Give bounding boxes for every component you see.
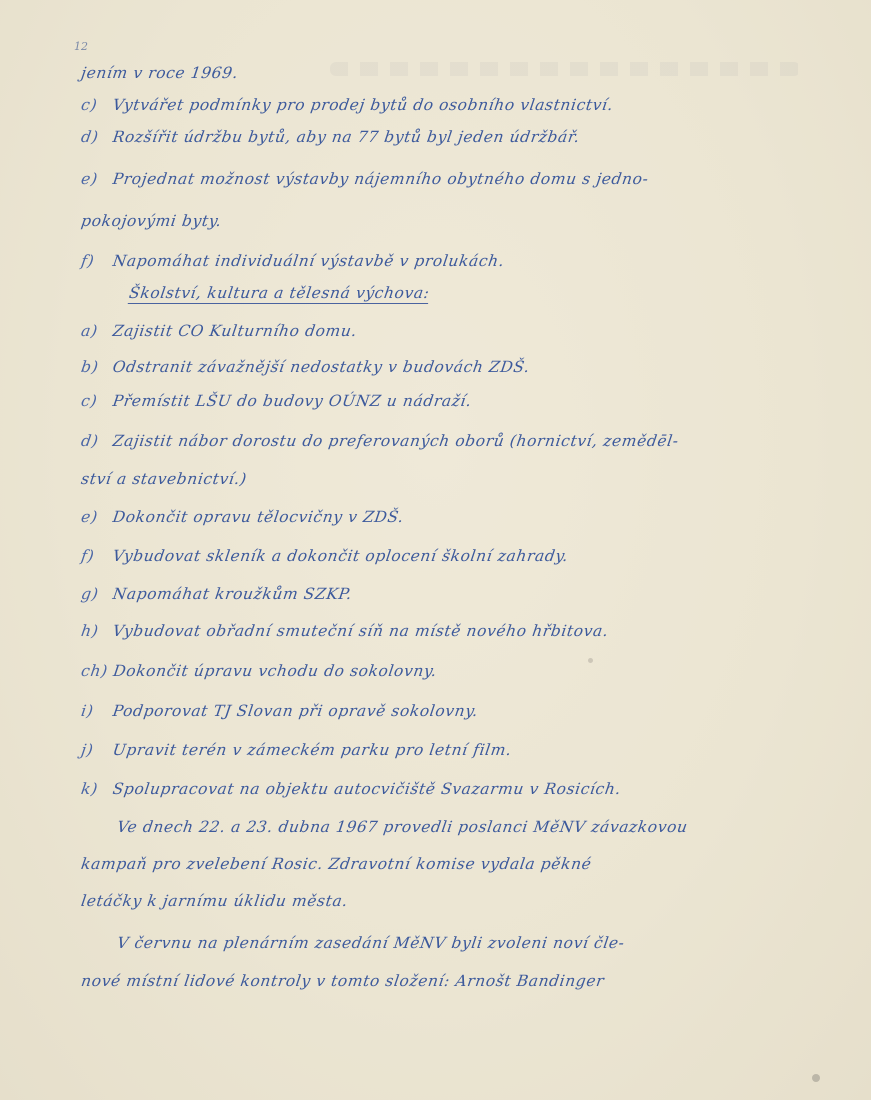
- list-item-a: a) Zajistit CO Kulturního domu.: [80, 322, 358, 340]
- list-item-e: e) Projednat možnost výstavby nájemního …: [80, 170, 650, 188]
- list-item-f: f) Napomáhat individuální výstavbě v pro…: [80, 252, 506, 270]
- ink-blot: [812, 1074, 820, 1082]
- list-item-text: Vybudovat skleník a dokončit oplocení šk…: [112, 547, 570, 565]
- list-marker: e): [80, 170, 109, 188]
- paragraph-1-line-2: kampaň pro zvelebení Rosic. Zdravotní ko…: [80, 855, 593, 873]
- paragraph-2-line-2: nové místní lidové kontroly v tomto slož…: [80, 972, 605, 990]
- paragraph-1-line-3: letáčky k jarnímu úklidu města.: [80, 892, 349, 910]
- list-item-j: j) Upravit terén v zámeckém parku pro le…: [80, 741, 513, 759]
- list-item-c: c) Přemístit LŠU do budovy OÚNZ u nádraž…: [80, 392, 473, 410]
- list-item-text: Zajistit nábor dorostu do preferovaných …: [112, 432, 680, 450]
- list-item-text: Napomáhat individuální výstavbě v proluk…: [112, 252, 506, 270]
- list-marker: i): [80, 702, 109, 720]
- list-item-text: Napomáhat kroužkům SZKP.: [112, 585, 354, 603]
- list-item-text: ství a stavebnictví.): [80, 470, 248, 488]
- list-marker: h): [80, 622, 109, 640]
- list-item-d: d) Zajistit nábor dorostu do preferovaný…: [80, 432, 680, 450]
- handwritten-chronicle-page: 12 jením v roce 1969. c) Vytvářet podmín…: [0, 0, 871, 1100]
- list-marker: k): [80, 780, 109, 798]
- section-heading: Školství, kultura a tělesná výchova:: [128, 284, 431, 302]
- text-line: jením v roce 1969.: [80, 64, 239, 82]
- list-item-text: Vybudovat obřadní smuteční síň na místě …: [112, 622, 610, 640]
- list-item-d: d) Rozšířit údržbu bytů, aby na 77 bytů …: [80, 128, 581, 146]
- list-item-ch: ch) Dokončit úpravu vchodu do sokolovny.: [80, 662, 438, 680]
- list-marker: d): [80, 432, 109, 450]
- list-item-text: Dokončit úpravu vchodu do sokolovny.: [112, 662, 438, 680]
- list-item-g: g) Napomáhat kroužkům SZKP.: [80, 585, 353, 603]
- list-marker: ch): [80, 662, 109, 680]
- list-marker: c): [80, 96, 109, 114]
- list-item-h: h) Vybudovat obřadní smuteční síň na mís…: [80, 622, 610, 640]
- list-item-text: pokojovými byty.: [80, 212, 223, 230]
- list-marker: a): [80, 322, 109, 340]
- list-item-text: Zajistit CO Kulturního domu.: [112, 322, 359, 340]
- list-item-i: i) Podporovat TJ Slovan při opravě sokol…: [80, 702, 479, 720]
- list-item-text: Odstranit závažnější nedostatky v budová…: [112, 358, 531, 376]
- list-item-text: Přemístit LŠU do budovy OÚNZ u nádraží.: [112, 392, 473, 410]
- list-marker: j): [80, 741, 109, 759]
- ink-blot: [588, 658, 593, 663]
- page-number: 12: [74, 40, 88, 53]
- paragraph-1-line-1: Ve dnech 22. a 23. dubna 1967 provedli p…: [116, 818, 689, 836]
- list-item-text: Projednat možnost výstavby nájemního oby…: [112, 170, 650, 188]
- list-item-b: b) Odstranit závažnější nedostatky v bud…: [80, 358, 531, 376]
- list-item-c: c) Vytvářet podmínky pro prodej bytů do …: [80, 96, 614, 114]
- list-item-text: Vytvářet podmínky pro prodej bytů do oso…: [112, 96, 615, 114]
- list-item-e-continued: pokojovými byty.: [80, 212, 223, 230]
- list-item-f: f) Vybudovat skleník a dokončit oplocení…: [80, 547, 570, 565]
- list-marker: e): [80, 508, 109, 526]
- list-marker: f): [80, 547, 109, 565]
- list-item-text: Dokončit opravu tělocvičny v ZDŠ.: [112, 508, 405, 526]
- list-marker: b): [80, 358, 109, 376]
- list-item-e: e) Dokončit opravu tělocvičny v ZDŠ.: [80, 508, 405, 526]
- list-marker: c): [80, 392, 109, 410]
- list-item-d-continued: ství a stavebnictví.): [80, 470, 248, 488]
- line-text: jením v roce 1969.: [80, 64, 239, 82]
- list-item-text: Spolupracovat na objektu autocvičiště Sv…: [112, 780, 623, 798]
- list-item-text: Upravit terén v zámeckém parku pro letní…: [112, 741, 513, 759]
- list-item-k: k) Spolupracovat na objektu autocvičiště…: [80, 780, 622, 798]
- list-marker: f): [80, 252, 109, 270]
- list-marker: d): [80, 128, 109, 146]
- list-item-text: Podporovat TJ Slovan při opravě sokolovn…: [112, 702, 480, 720]
- paragraph-2-line-1: V červnu na plenárním zasedání MěNV byli…: [116, 934, 626, 952]
- list-item-text: Rozšířit údržbu bytů, aby na 77 bytů byl…: [112, 128, 581, 146]
- reverse-side-show-through: [330, 62, 800, 76]
- list-marker: g): [80, 585, 109, 603]
